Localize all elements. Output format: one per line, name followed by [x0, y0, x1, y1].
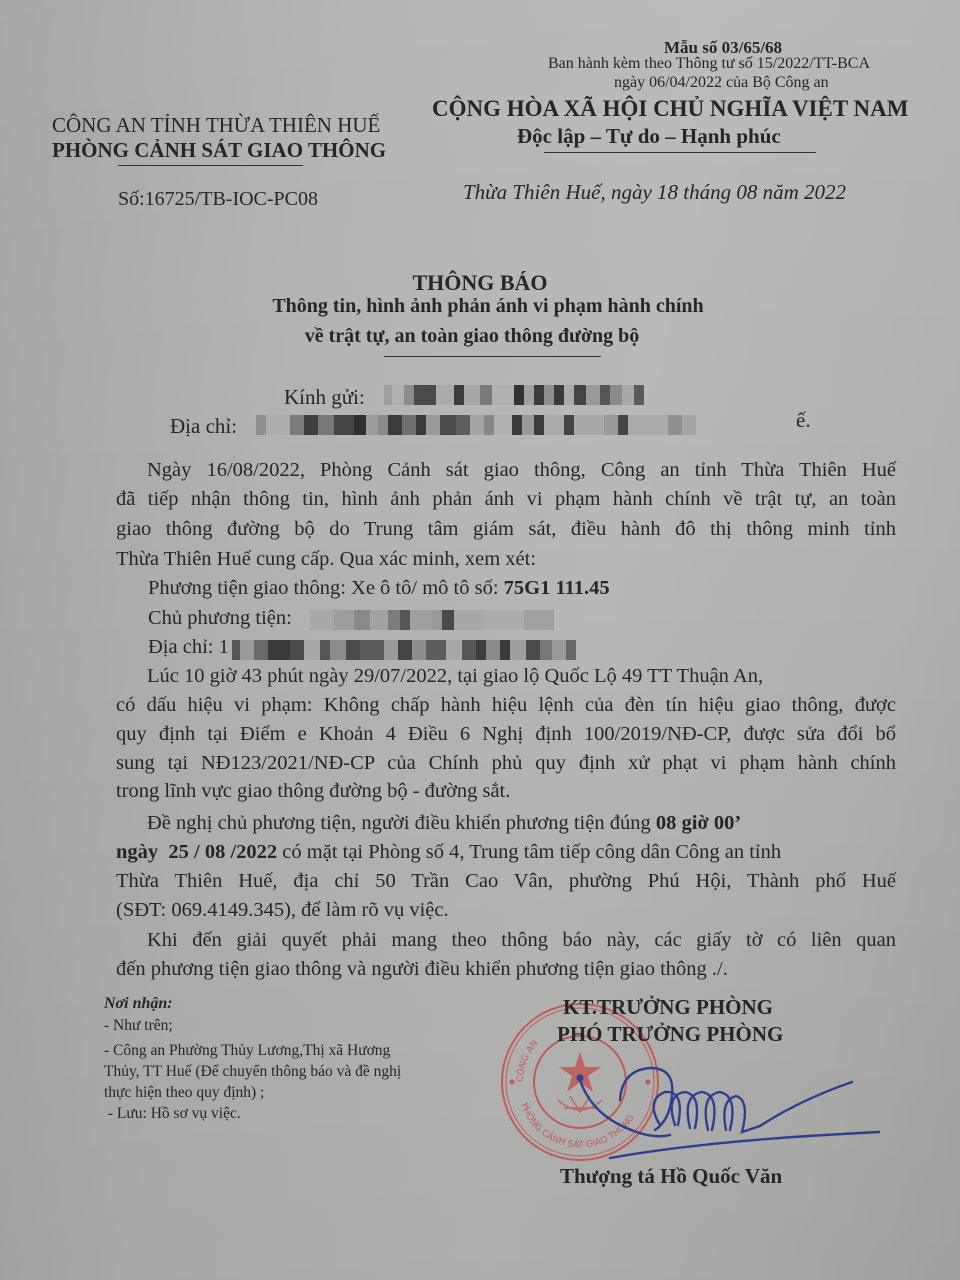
request-text-2: có mặt tại Phòng số 4, Trung tâm tiếp cô…	[282, 841, 781, 863]
svg-text:CÔNG AN: CÔNG AN	[514, 1038, 540, 1082]
owner-address-redacted	[232, 640, 772, 660]
recipient-redacted	[384, 385, 694, 405]
violation-line-3: quy định tại Điểm e Khoản 4 Điều 6 Nghị …	[116, 723, 896, 746]
vehicle-row: Phương tiện giao thông: Xe ô tô/ mô tô s…	[148, 577, 610, 600]
owner-address-row: Địa chỉ: 1	[148, 636, 229, 659]
request-line-4: (SĐT: 069.4149.345), để làm rõ vụ việc.	[116, 899, 449, 922]
agency-parent: CÔNG AN TỈNH THỪA THIÊN HUẾ	[52, 113, 380, 138]
nation-motto: Độc lập – Tự do – Hạnh phúc	[517, 124, 781, 149]
signature-title-2: PHÓ TRƯỞNG PHÒNG	[557, 1022, 783, 1047]
signer-name: Thượng tá Hồ Quốc Văn	[560, 1164, 782, 1189]
recipient-label: Kính gửi:	[284, 385, 365, 410]
recipients-line-5: - Lưu: Hồ sơ vụ việc.	[104, 1105, 241, 1123]
closing-line-2: đến phương tiện giao thông và người điều…	[116, 958, 728, 981]
recipients-title: Nơi nhận:	[104, 995, 173, 1013]
request-date: ngày 25 / 08 /2022	[116, 841, 277, 863]
document-number: Số:16725/TB-IOC-PC08	[118, 188, 318, 211]
address-label: Địa chỉ:	[170, 414, 237, 439]
violation-line-4: sung tại NĐ123/2021/NĐ-CP của Chính phủ …	[116, 752, 896, 775]
nation-name: CỘNG HÒA XÃ HỘI CHỦ NGHĨA VIỆT NAM	[432, 96, 908, 122]
intro-line-3: giao thông đường bộ do Trung tâm giám sá…	[116, 518, 896, 541]
address-tail: ế.	[796, 408, 811, 433]
owner-label: Chủ phương tiện:	[148, 607, 292, 630]
violation-line-5: trong lĩnh vực giao thông đường bộ - đườ…	[116, 780, 510, 803]
document-title: THÔNG BÁO	[0, 270, 960, 296]
subtitle-underline	[384, 356, 601, 357]
place-date: Thừa Thiên Huế, ngày 18 tháng 08 năm 202…	[463, 180, 846, 205]
signature-title-1: KT.TRƯỞNG PHÒNG	[563, 995, 773, 1020]
agency-underline	[118, 165, 303, 166]
intro-line-4: Thừa Thiên Huế cung cấp. Qua xác minh, x…	[116, 548, 536, 571]
form-issued-line-1: Ban hành kèm theo Thông tư số 15/2022/TT…	[548, 55, 870, 73]
request-line-1: Đề nghị chủ phương tiện, người điều khiể…	[147, 812, 741, 835]
agency-name: PHÒNG CẢNH SÁT GIAO THÔNG	[52, 138, 386, 163]
vehicle-label: Phương tiện giao thông: Xe ô tô/ mô tô s…	[148, 577, 499, 599]
recipients-line-2: - Công an Phường Thủy Lương,Thị xã Hương	[104, 1042, 390, 1060]
handwritten-signature-icon	[560, 1040, 880, 1170]
request-line-3: Thừa Thiên Huế, địa chỉ 50 Trần Cao Vân,…	[116, 870, 896, 893]
recipients-line-3: Thủy, TT Huế (Để chuyển thông báo và đề …	[104, 1063, 401, 1081]
owner-redacted	[310, 610, 630, 630]
recipients-line-1: - Như trên;	[104, 1017, 173, 1035]
vehicle-plate: 75G1 111.45	[504, 577, 610, 599]
address-redacted	[256, 415, 796, 435]
document-subtitle-line-1: Thông tin, hình ảnh phản ánh vi phạm hàn…	[8, 295, 960, 318]
owner-address-label: Địa chỉ:	[148, 636, 213, 658]
intro-line-1: Ngày 16/08/2022, Phòng Cảnh sát giao thô…	[147, 459, 896, 482]
closing-line-1: Khi đến giải quyết phải mang theo thông …	[147, 929, 896, 952]
motto-underline	[544, 152, 816, 153]
owner-address-prefix: 1	[219, 636, 229, 658]
document-subtitle-line-2: về trật tự, an toàn giao thông đường bộ	[0, 325, 952, 348]
request-time: 08 giờ 00’	[656, 812, 741, 834]
request-text-1: Đề nghị chủ phương tiện, người điều khiể…	[147, 812, 651, 834]
violation-line-2: có dấu hiệu vi phạm: Không chấp hành hiệ…	[116, 694, 896, 717]
form-issued-line-2: ngày 06/04/2022 của Bộ Công an	[614, 74, 829, 92]
violation-line-1: Lúc 10 giờ 43 phút ngày 29/07/2022, tại …	[147, 665, 763, 688]
intro-line-2: đã tiếp nhận thông tin, hình ảnh phản án…	[116, 488, 896, 511]
recipients-line-4: thực hiện theo quy định) ;	[104, 1084, 264, 1102]
request-line-2: ngày 25 / 08 /2022 có mặt tại Phòng số 4…	[116, 841, 781, 864]
